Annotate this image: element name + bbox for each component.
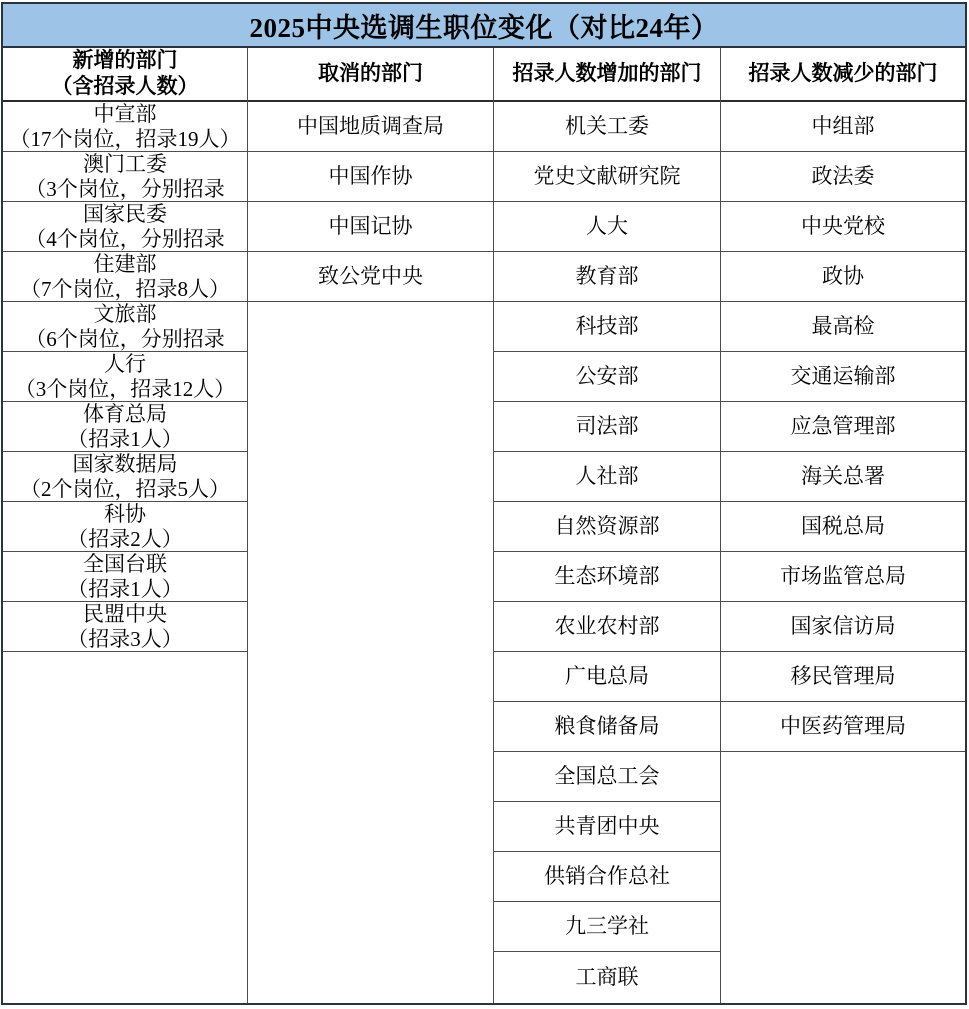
dept-detail: （7个岗位，招录8人） — [20, 277, 230, 302]
new-dept-cell: 体育总局（招录1人） — [3, 402, 247, 452]
new-dept-cell: 人行（3个岗位，招录12人） — [3, 352, 247, 402]
dept-detail: （2个岗位，招录5人） — [20, 477, 230, 502]
cancelled-dept-cell: 中国地质调查局 — [248, 102, 493, 152]
column-decreased-departments: 招录人数减少的部门 中组部 政法委 中央党校 政协 最高检 交通运输部 应急管理… — [721, 48, 965, 1003]
increased-dept-cell: 公安部 — [494, 352, 720, 402]
decreased-dept-cell: 移民管理局 — [721, 652, 965, 702]
dept-name: 中宣部 — [94, 102, 157, 127]
increased-dept-cell: 人大 — [494, 202, 720, 252]
dept-name: 国家民委 — [83, 202, 167, 227]
increased-dept-cell: 自然资源部 — [494, 502, 720, 552]
position-change-table: 2025中央选调生职位变化（对比24年） 新增的部门 （含招录人数） 中宣部（1… — [1, 2, 967, 1005]
increased-dept-cell: 农业农村部 — [494, 602, 720, 652]
table-body: 新增的部门 （含招录人数） 中宣部（17个岗位，招录19人） 澳门工委（3个岗位… — [3, 48, 965, 1003]
new-dept-cell: 澳门工委（3个岗位，分别招录 — [3, 152, 247, 202]
increased-dept-cell: 九三学社 — [494, 902, 720, 952]
empty-cell — [3, 652, 247, 1003]
dept-name: 科协 — [104, 502, 146, 527]
column-cancelled-departments: 取消的部门 中国地质调查局 中国作协 中国记协 致公党中央 — [248, 48, 494, 1003]
dept-detail: （招录1人） — [67, 427, 183, 452]
increased-dept-cell: 供销合作总社 — [494, 852, 720, 902]
increased-dept-cell: 共青团中央 — [494, 802, 720, 852]
dept-detail: （3个岗位，招录12人） — [15, 377, 236, 402]
increased-dept-cell: 工商联 — [494, 952, 720, 1003]
decreased-dept-cell: 国税总局 — [721, 502, 965, 552]
decreased-dept-cell: 最高检 — [721, 302, 965, 352]
table-title: 2025中央选调生职位变化（对比24年） — [3, 4, 965, 48]
header-line: （含招录人数） — [52, 74, 199, 100]
new-dept-cell: 住建部（7个岗位，招录8人） — [3, 252, 247, 302]
new-dept-cell: 文旅部（6个岗位，分别招录 — [3, 302, 247, 352]
increased-dept-cell: 机关工委 — [494, 102, 720, 152]
new-dept-cell: 国家数据局（2个岗位，招录5人） — [3, 452, 247, 502]
cancelled-dept-cell: 中国作协 — [248, 152, 493, 202]
decreased-dept-cell: 中央党校 — [721, 202, 965, 252]
decreased-dept-cell: 政法委 — [721, 152, 965, 202]
decreased-dept-cell: 应急管理部 — [721, 402, 965, 452]
dept-name: 人行 — [104, 352, 146, 377]
dept-name: 住建部 — [94, 252, 157, 277]
empty-cell — [721, 752, 965, 1003]
new-dept-cell: 中宣部（17个岗位，招录19人） — [3, 102, 247, 152]
dept-detail: （17个岗位，招录19人） — [10, 127, 241, 152]
dept-detail: （4个岗位，分别招录 — [25, 227, 225, 252]
column-increased-departments: 招录人数增加的部门 机关工委 党史文献研究院 人大 教育部 科技部 公安部 司法… — [494, 48, 721, 1003]
header-line: 新增的部门 — [73, 48, 178, 74]
new-dept-cell: 科协（招录2人） — [3, 502, 247, 552]
increased-dept-cell: 科技部 — [494, 302, 720, 352]
column-header-new-departments: 新增的部门 （含招录人数） — [3, 48, 247, 102]
decreased-dept-cell: 市场监管总局 — [721, 552, 965, 602]
decreased-dept-cell: 中组部 — [721, 102, 965, 152]
increased-dept-cell: 司法部 — [494, 402, 720, 452]
decreased-dept-cell: 国家信访局 — [721, 602, 965, 652]
increased-dept-cell: 教育部 — [494, 252, 720, 302]
increased-dept-cell: 广电总局 — [494, 652, 720, 702]
dept-detail: （招录3人） — [67, 627, 183, 652]
column-header-increased-departments: 招录人数增加的部门 — [494, 48, 720, 102]
increased-dept-cell: 全国总工会 — [494, 752, 720, 802]
cancelled-dept-cell: 致公党中央 — [248, 252, 493, 302]
header-line: 招录人数增加的部门 — [513, 61, 702, 87]
header-line: 取消的部门 — [318, 61, 423, 87]
increased-dept-cell: 粮食储备局 — [494, 702, 720, 752]
new-dept-cell: 全国台联（招录1人） — [3, 552, 247, 602]
new-dept-cell: 国家民委（4个岗位，分别招录 — [3, 202, 247, 252]
header-line: 招录人数减少的部门 — [749, 61, 938, 87]
new-dept-cell: 民盟中央（招录3人） — [3, 602, 247, 652]
increased-dept-cell: 人社部 — [494, 452, 720, 502]
dept-name: 体育总局 — [83, 402, 167, 427]
decreased-dept-cell: 中医药管理局 — [721, 702, 965, 752]
decreased-dept-cell: 海关总署 — [721, 452, 965, 502]
dept-name: 澳门工委 — [83, 152, 167, 177]
column-header-decreased-departments: 招录人数减少的部门 — [721, 48, 965, 102]
decreased-dept-cell: 交通运输部 — [721, 352, 965, 402]
dept-detail: （3个岗位，分别招录 — [25, 177, 225, 202]
increased-dept-cell: 生态环境部 — [494, 552, 720, 602]
cancelled-dept-cell: 中国记协 — [248, 202, 493, 252]
dept-detail: （6个岗位，分别招录 — [25, 327, 225, 352]
dept-name: 全国台联 — [83, 552, 167, 577]
dept-name: 文旅部 — [94, 302, 157, 327]
dept-name: 民盟中央 — [83, 602, 167, 627]
decreased-dept-cell: 政协 — [721, 252, 965, 302]
dept-name: 国家数据局 — [73, 452, 178, 477]
dept-detail: （招录1人） — [67, 577, 183, 602]
dept-detail: （招录2人） — [67, 527, 183, 552]
column-new-departments: 新增的部门 （含招录人数） 中宣部（17个岗位，招录19人） 澳门工委（3个岗位… — [3, 48, 248, 1003]
empty-cell — [248, 302, 493, 1003]
column-header-cancelled-departments: 取消的部门 — [248, 48, 493, 102]
increased-dept-cell: 党史文献研究院 — [494, 152, 720, 202]
